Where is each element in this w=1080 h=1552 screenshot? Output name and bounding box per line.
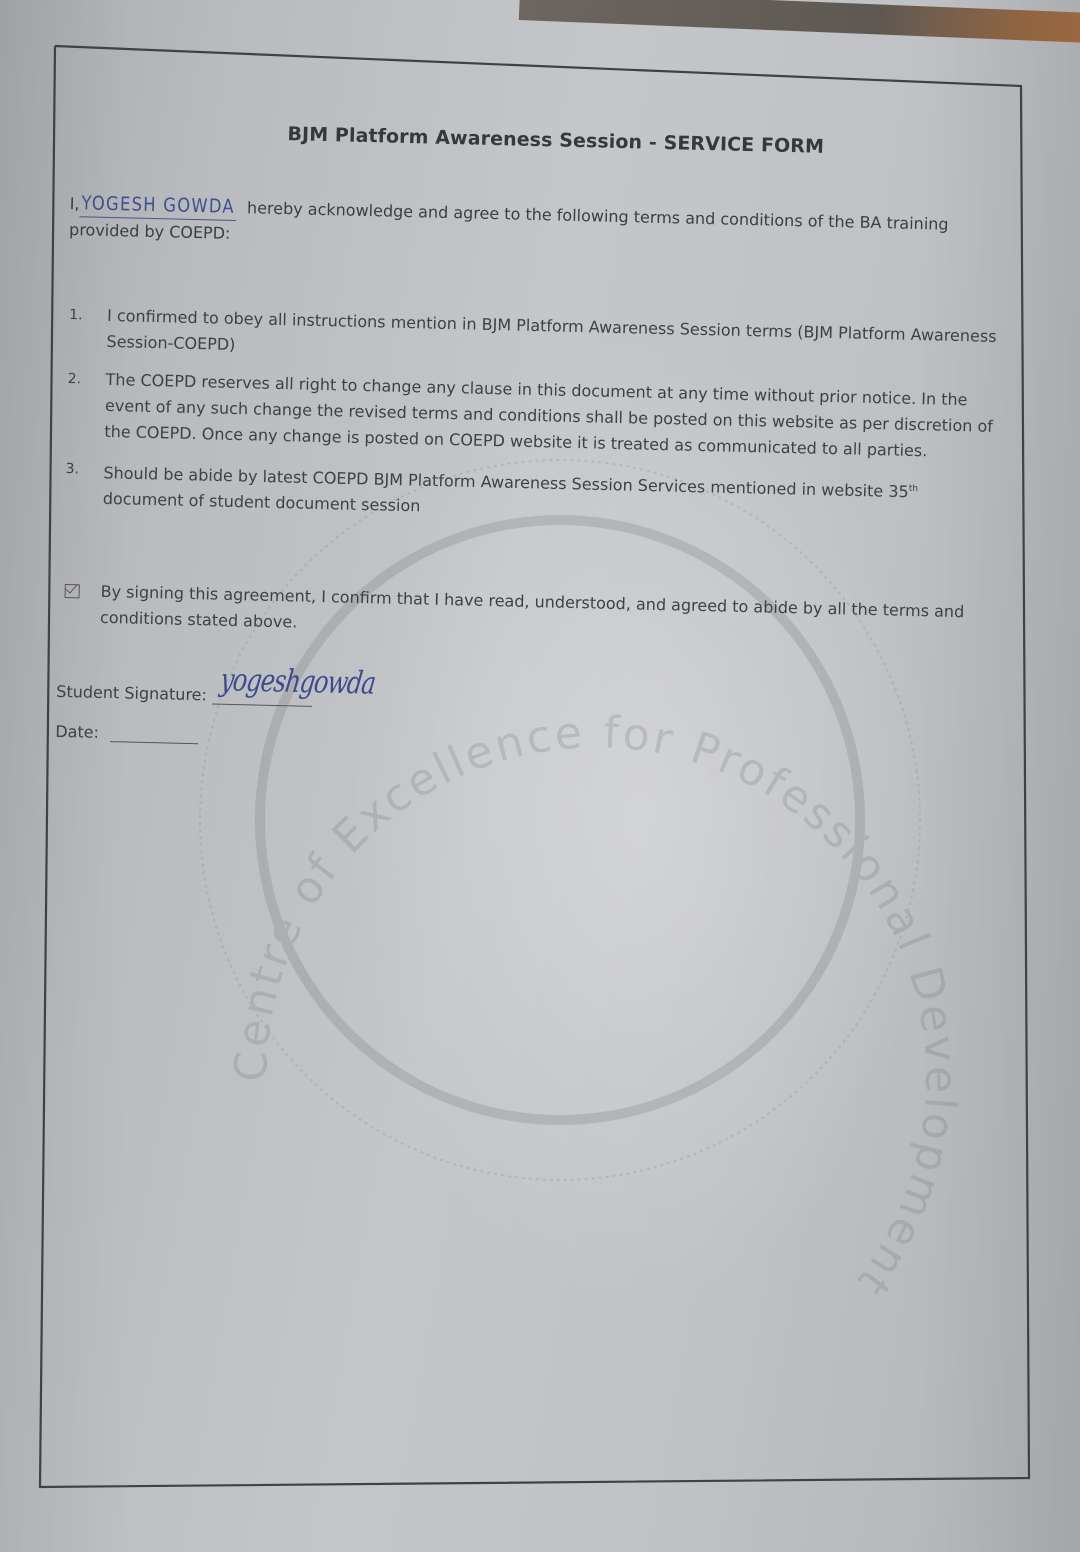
agreement-text: By signing this agreement, I confirm tha…: [100, 582, 965, 632]
form-content: BJM Platform Awareness Session - SERVICE…: [70, 110, 1010, 132]
signature-label: Student Signature:: [56, 682, 207, 705]
term-text: I confirmed to obey all instructions men…: [106, 306, 996, 354]
service-form-sheet: BJM Platform Awareness Session - SERVICE…: [0, 0, 1080, 1552]
agreement-statement: By signing this agreement, I confirm tha…: [60, 578, 1036, 653]
intro-prefix: I,: [70, 194, 80, 213]
date-label: Date:: [55, 722, 99, 742]
signature-row: Student Signature: yogeshgowda: [56, 682, 312, 707]
term-number: 2.: [67, 366, 81, 392]
date-row: Date:: [55, 722, 198, 744]
term-item: 2. The COEPD reserves all right to chang…: [64, 366, 1001, 466]
term-number: 1.: [69, 302, 83, 328]
term-item: 1. I confirmed to obey all instructions …: [66, 302, 1002, 376]
term-superscript: th: [909, 484, 918, 494]
acknowledgement-paragraph: I,YOGESH GOWDA hereby acknowledge and ag…: [69, 190, 1005, 265]
date-field[interactable]: [110, 723, 198, 744]
signature-field[interactable]: yogeshgowda: [212, 686, 312, 707]
term-text: The COEPD reserves all right to change a…: [104, 370, 993, 460]
term-text-continued: document of student document session: [103, 489, 421, 515]
agreement-checkbox[interactable]: [65, 584, 80, 598]
student-signature: yogeshgowda: [218, 662, 377, 702]
student-name-field[interactable]: YOGESH GOWDA: [79, 190, 236, 221]
form-title: BJM Platform Awareness Session - SERVICE…: [287, 123, 824, 158]
terms-list: 1. I confirmed to obey all instructions …: [62, 302, 1002, 545]
term-item: 3. Should be abide by latest COEPD BJM P…: [63, 456, 999, 533]
term-number: 3.: [65, 456, 79, 482]
